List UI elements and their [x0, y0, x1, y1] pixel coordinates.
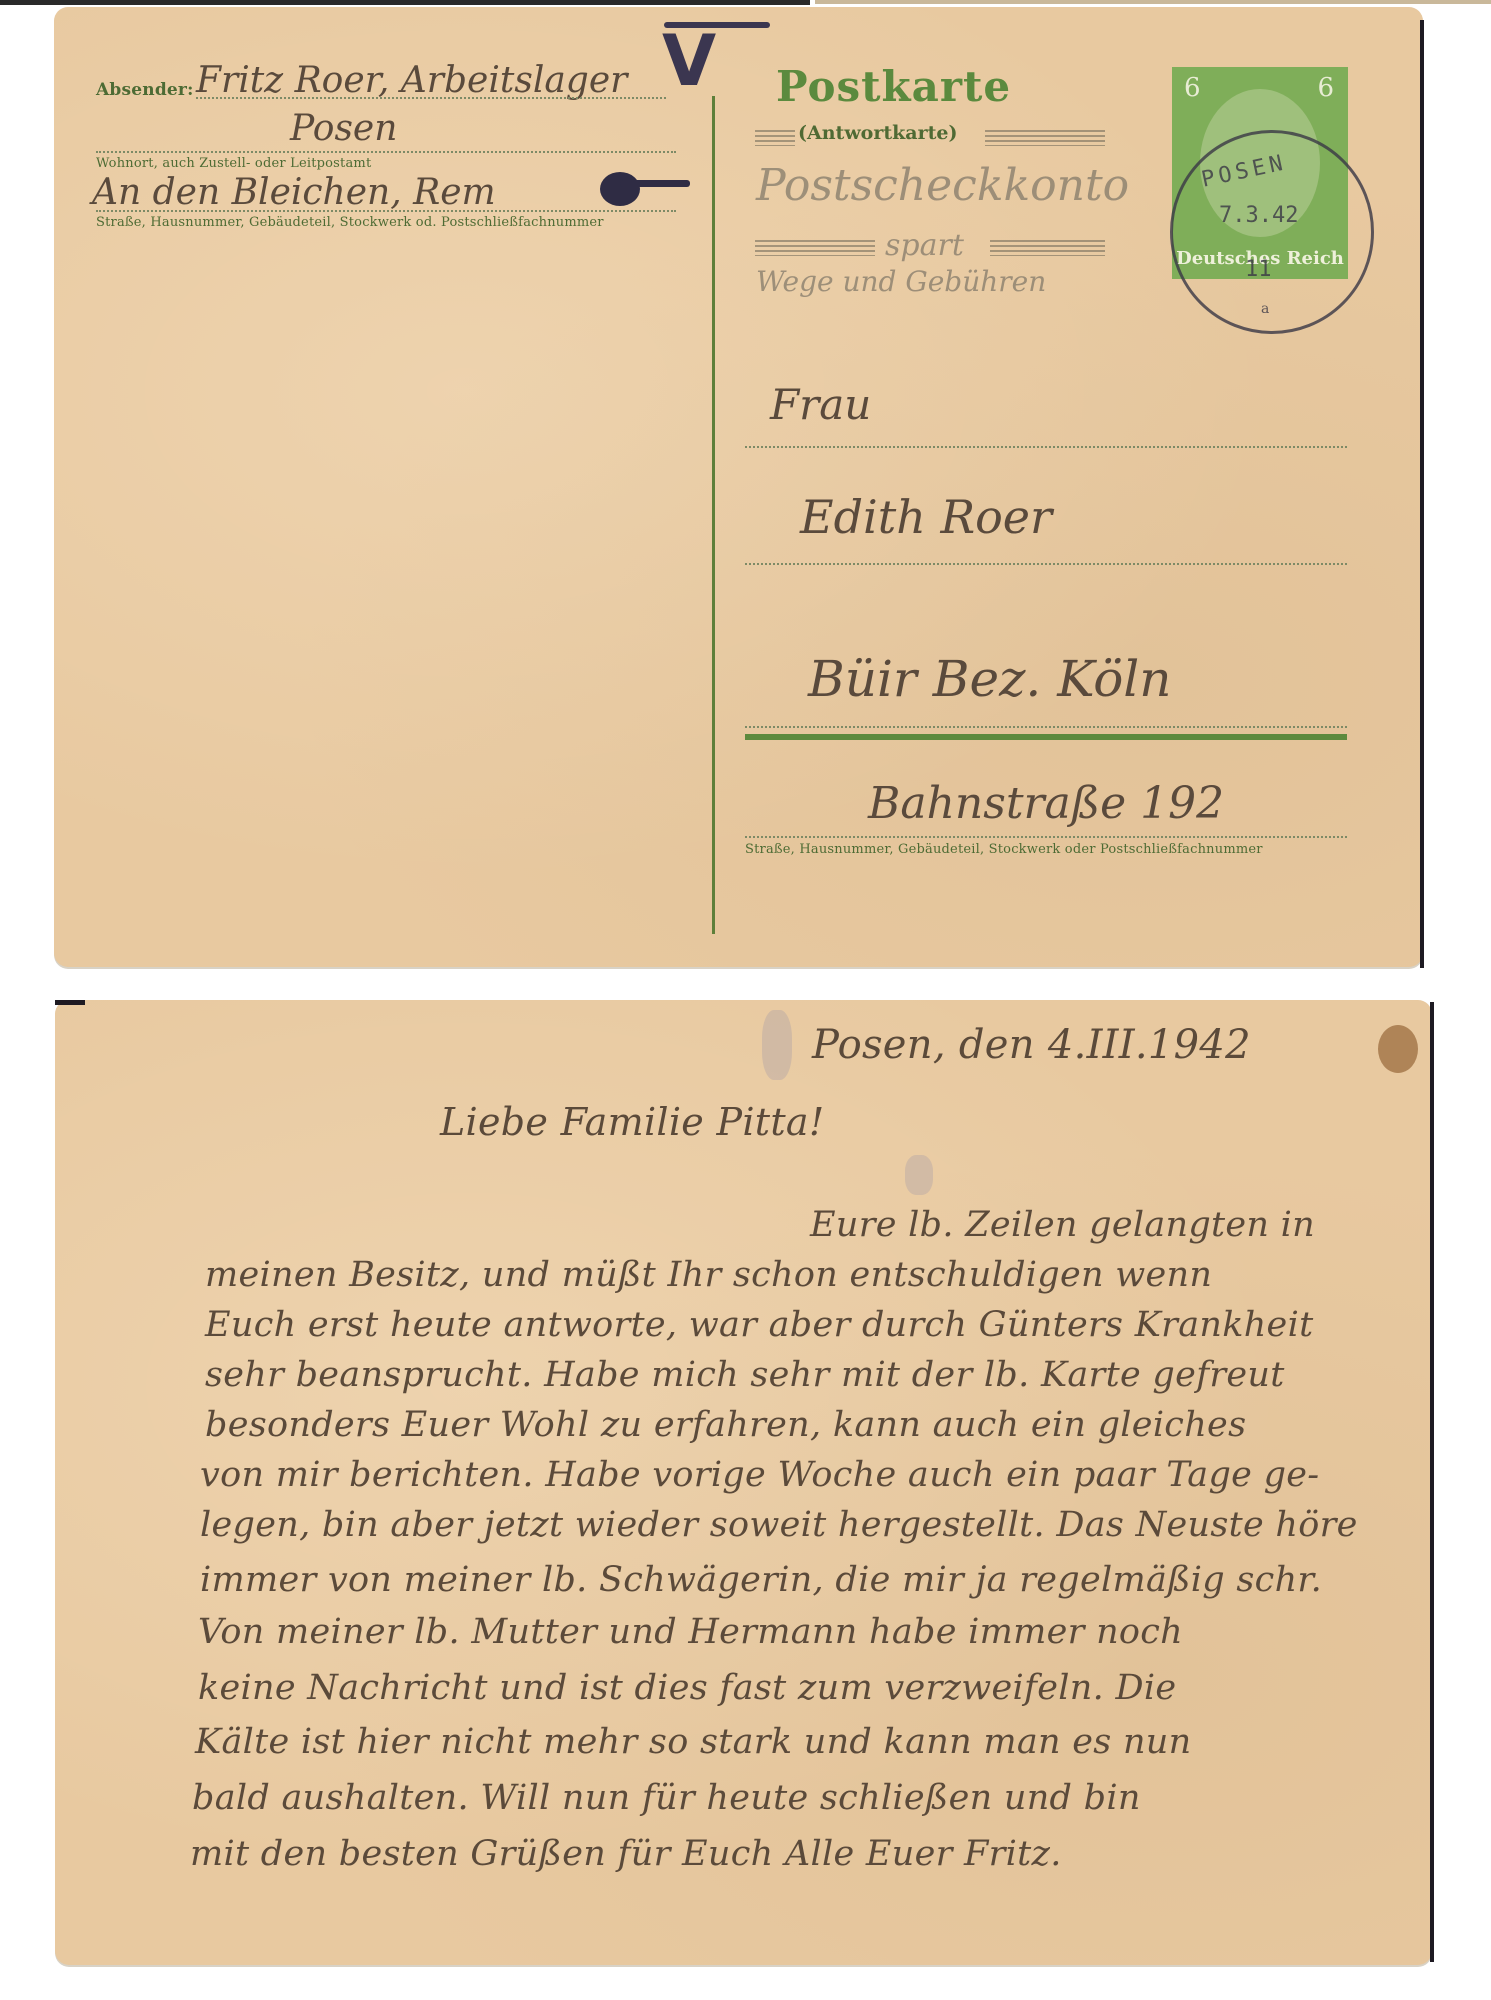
paper-stain [1378, 1025, 1418, 1073]
cancellation-slogan-line3: Wege und Gebühren [756, 265, 1046, 298]
recipient-line-2 [745, 563, 1347, 565]
postmark-city: POSEN [1199, 150, 1289, 192]
scan-edge-light [815, 0, 1491, 4]
sender-name-line [196, 97, 666, 99]
letter-line: mit den besten Grüßen für Euch Alle Euer… [190, 1834, 1062, 1874]
ink-smudge [762, 1010, 792, 1080]
censor-ink-stroke [620, 180, 690, 187]
censor-ink-blot [600, 172, 640, 206]
cancellation-lines [990, 240, 1105, 256]
sender-street: An den Bleichen, Rem [92, 172, 496, 213]
sender-city-line [96, 151, 676, 153]
card-title: Postkarte [776, 62, 1011, 111]
scan-edge-right [1420, 20, 1424, 968]
postmark: POSEN 7.3.42 11 a [1170, 130, 1374, 334]
scan-edge-right [1430, 1002, 1434, 1962]
censor-mark: V [662, 20, 716, 102]
recipient-street: Bahnstraße 192 [868, 778, 1224, 829]
letter-line: bald aushalten. Will nun für heute schli… [192, 1778, 1141, 1818]
recipient-name: Edith Roer [800, 490, 1052, 544]
card-subtitle: (Antwortkarte) [798, 122, 957, 144]
letter-line: besonders Euer Wohl zu erfahren, kann au… [205, 1405, 1246, 1445]
ink-smudge [905, 1155, 933, 1195]
letter-dateline: Posen, den 4.III.1942 [812, 1022, 1251, 1068]
letter-line: Euch erst heute antworte, war aber durch… [205, 1305, 1313, 1345]
recipient-city-underline [745, 734, 1347, 740]
recipient-street-caption: Straße, Hausnummer, Gebäudeteil, Stockwe… [745, 842, 1263, 857]
sender-city: Posen [290, 108, 397, 149]
stamp-value-right: 6 [1317, 73, 1334, 103]
recipient-salutation: Frau [770, 380, 871, 429]
letter-line: legen, bin aber jetzt wieder soweit herg… [200, 1505, 1358, 1545]
scan-edge-corner [55, 1000, 85, 1005]
letter-line: Kälte ist hier nicht mehr so stark und k… [195, 1722, 1192, 1762]
letter-greeting: Liebe Familie Pitta! [440, 1100, 824, 1144]
recipient-line-3 [745, 726, 1347, 728]
stamp-value-left: 6 [1184, 73, 1201, 103]
postmark-hour: 11 [1245, 257, 1272, 282]
letter-line: Von meiner lb. Mutter und Hermann habe i… [198, 1612, 1183, 1652]
cancellation-lines [985, 130, 1105, 146]
recipient-line-1 [745, 446, 1347, 448]
scan-edge-dark [0, 0, 810, 5]
sender-street-line [96, 210, 676, 212]
sender-name: Fritz Roer, Arbeitslager [196, 60, 627, 101]
postmark-code: a [1261, 301, 1269, 317]
cancellation-lines [755, 240, 875, 256]
recipient-city: Büir Bez. Köln [808, 650, 1172, 708]
postmark-date: 7.3.42 [1219, 203, 1298, 228]
sender-street-caption: Straße, Hausnummer, Gebäudeteil, Stockwe… [96, 215, 604, 230]
letter-line: immer von meiner lb. Schwägerin, die mir… [200, 1560, 1322, 1600]
letter-line: von mir berichten. Habe vorige Woche auc… [200, 1455, 1319, 1495]
letter-line: keine Nachricht und ist dies fast zum ve… [198, 1668, 1176, 1708]
sender-city-caption: Wohnort, auch Zustell- oder Leitpostamt [96, 156, 371, 171]
cancellation-slogan-line2: spart [885, 228, 964, 263]
sender-label: Absender: [96, 80, 194, 100]
card-divider [712, 96, 715, 934]
letter-line: Eure lb. Zeilen gelangten in [810, 1205, 1315, 1245]
recipient-street-line [745, 836, 1347, 838]
letter-line: sehr beansprucht. Habe mich sehr mit der… [205, 1355, 1285, 1395]
letter-line: meinen Besitz, und müßt Ihr schon entsch… [205, 1255, 1212, 1295]
cancellation-slogan-line1: Postscheckkonto [756, 160, 1129, 211]
cancellation-lines [755, 130, 795, 146]
